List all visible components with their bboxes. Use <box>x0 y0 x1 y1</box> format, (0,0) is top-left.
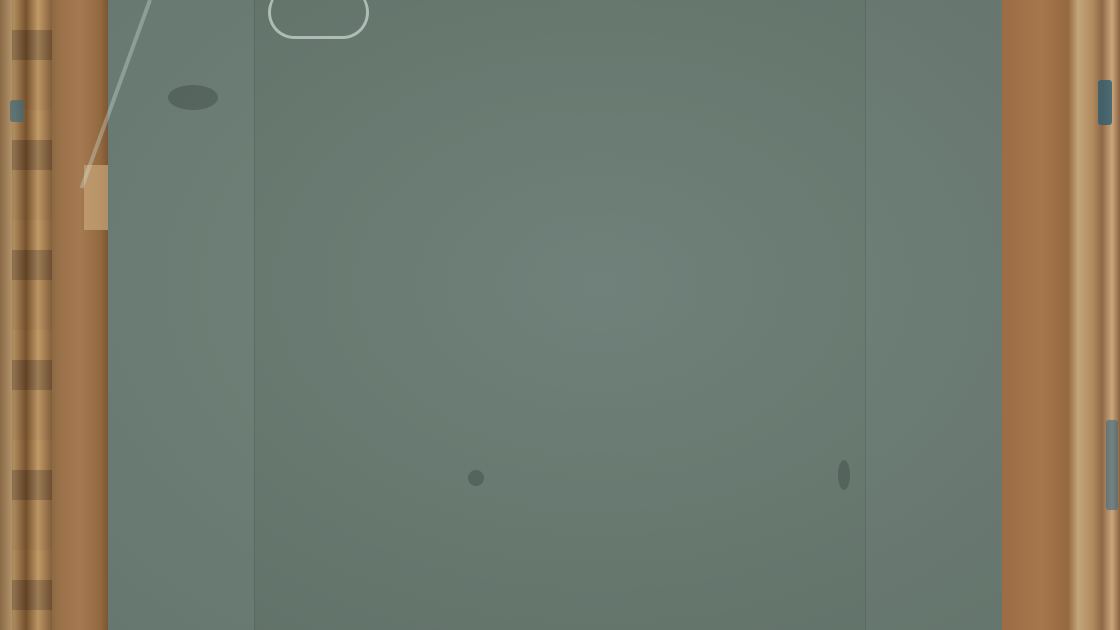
backing-board <box>108 0 1002 630</box>
chalk-marking <box>268 0 369 39</box>
torn-tape-streak <box>12 0 52 630</box>
stain <box>168 85 218 110</box>
stain <box>838 460 850 490</box>
stain <box>468 470 484 486</box>
framed-picture-back-photo <box>0 0 1120 630</box>
backing-board-right-panel <box>865 0 1003 630</box>
blue-paint-fleck <box>1098 80 1112 125</box>
blue-paint-fleck <box>10 100 24 122</box>
left-paper-tape-border <box>0 0 108 630</box>
blue-paint-fleck <box>1106 420 1118 510</box>
right-paper-tape-border <box>1002 0 1120 630</box>
